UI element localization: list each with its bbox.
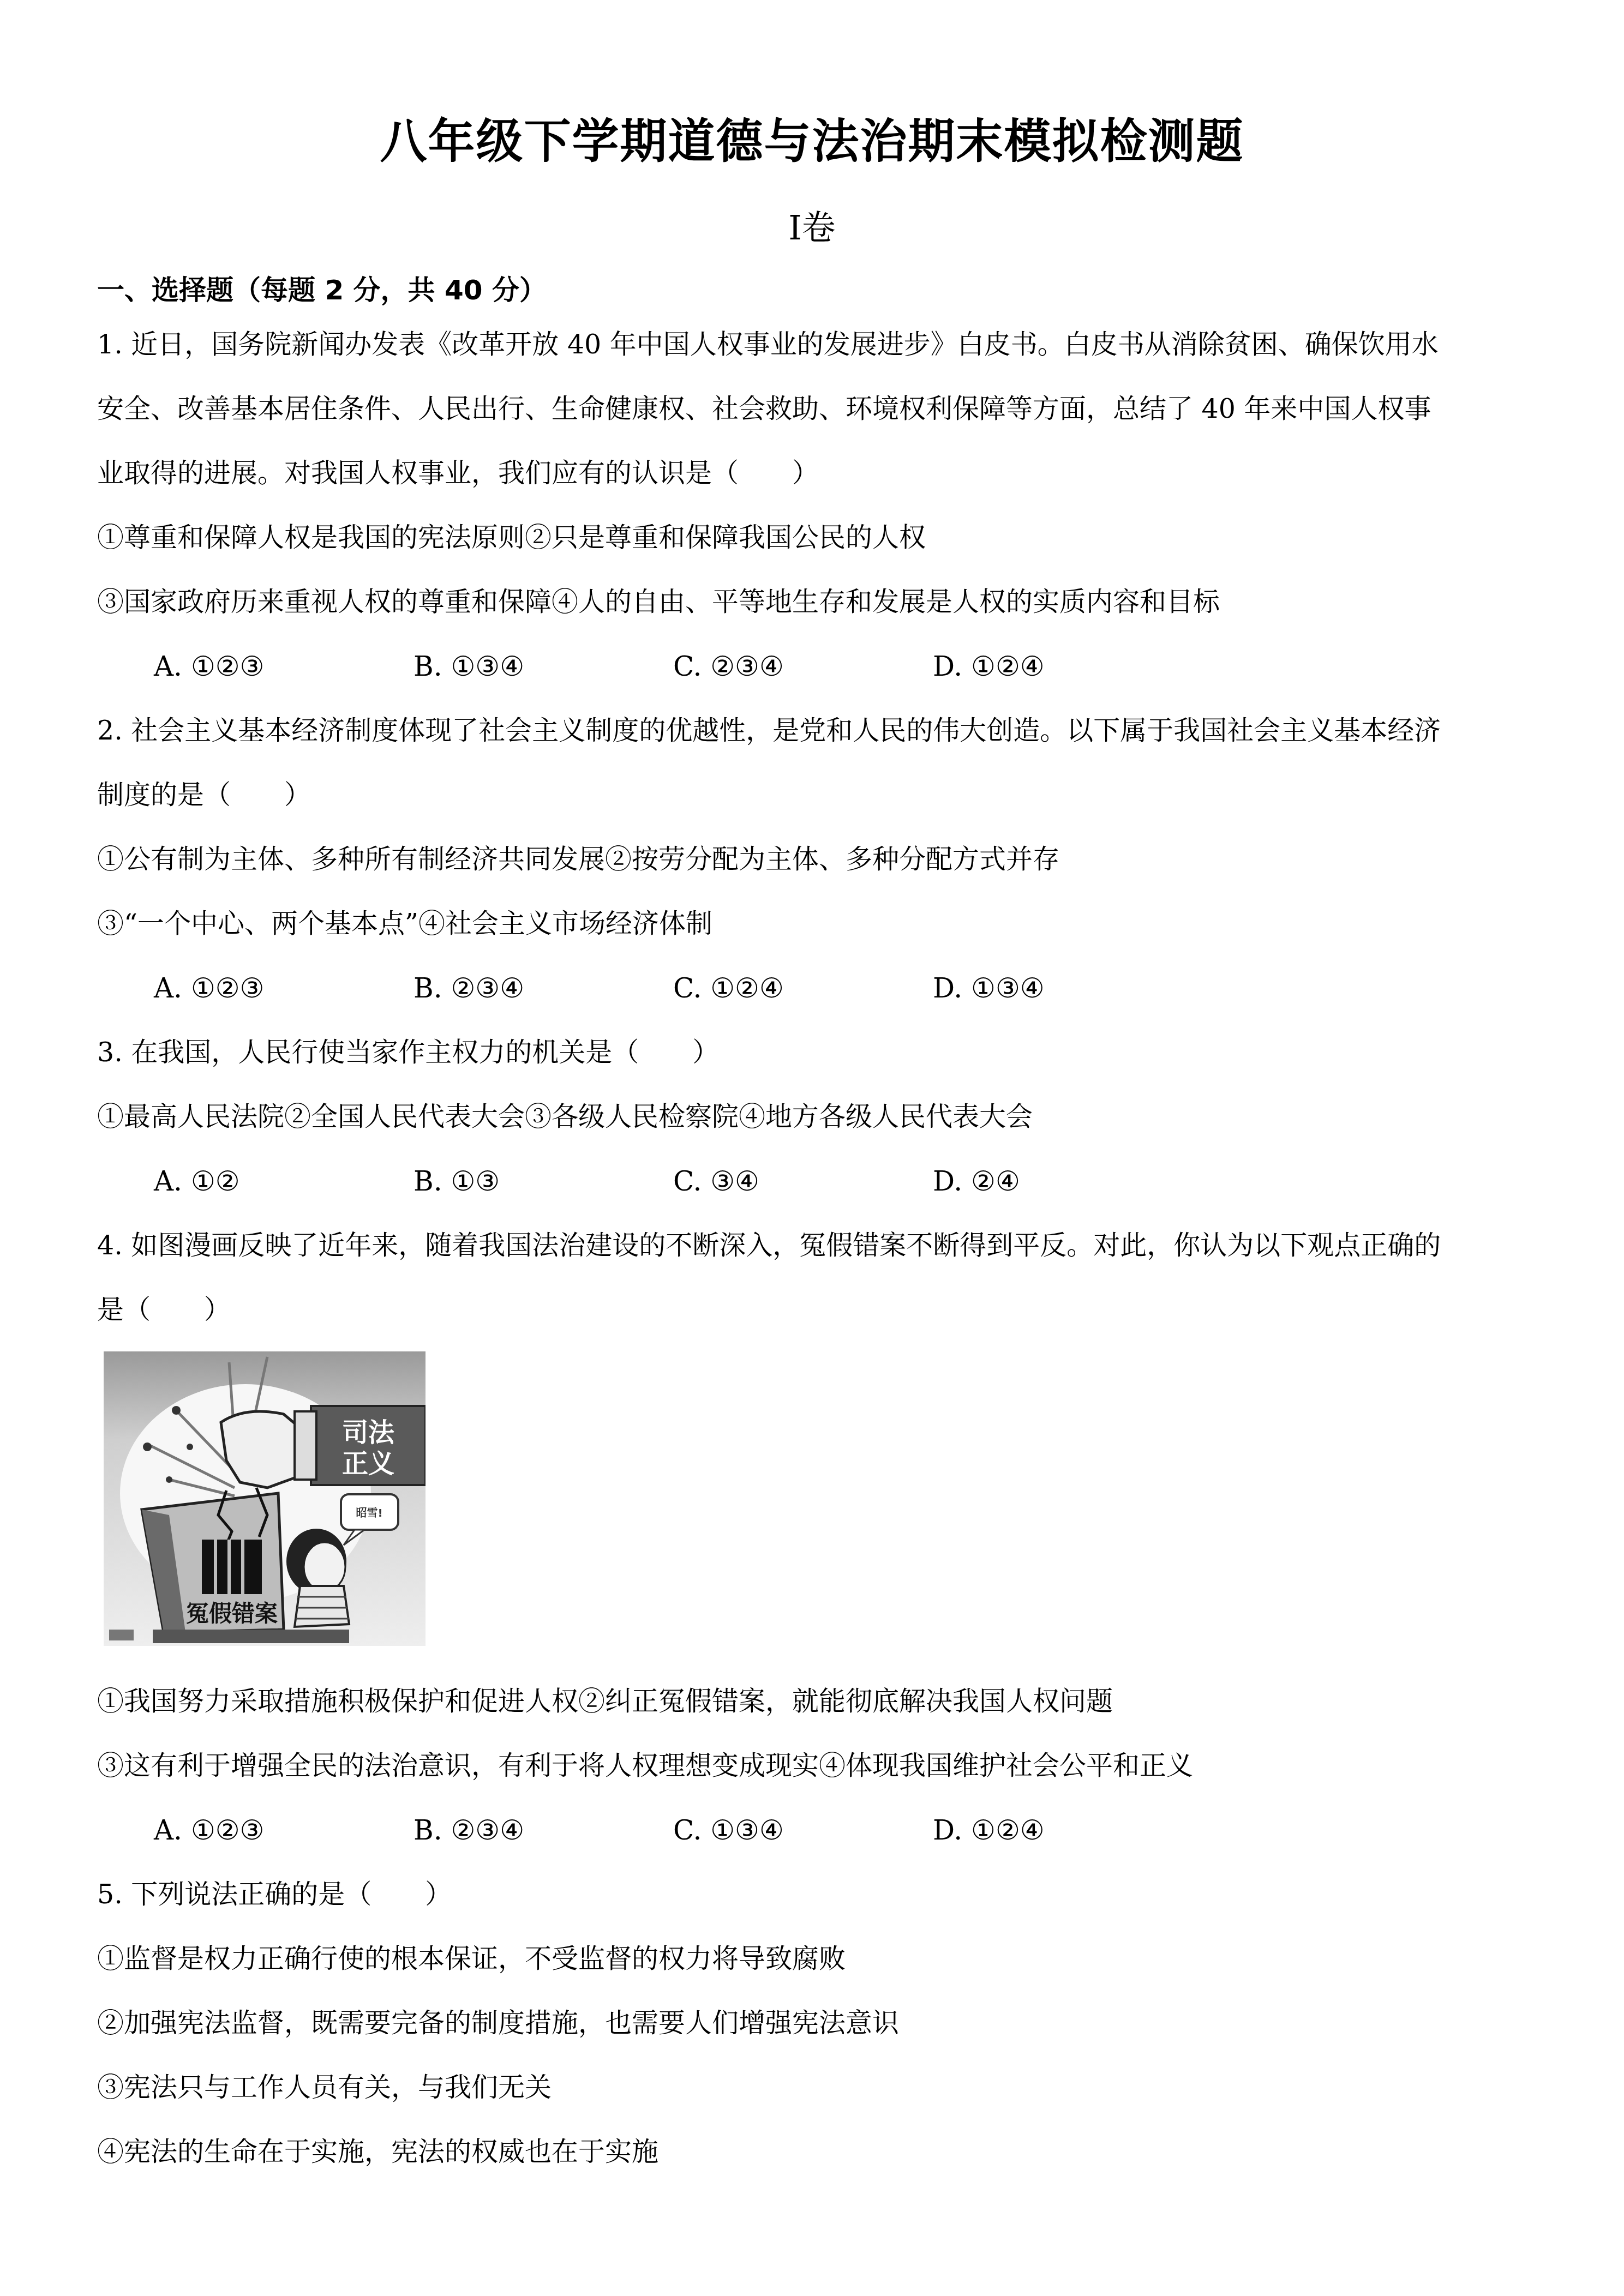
option-a[interactable]: A. ①②③	[154, 1811, 264, 1849]
question-stem-line: 4. 如图漫画反映了近年来，随着我国法治建设的不断深入，冤假错案不断得到平反。对…	[97, 1227, 1441, 1265]
statement-line: ③“一个中心、两个基本点”④社会主义市场经济体制	[97, 905, 712, 943]
statement-line: ③这有利于增强全民的法治意识，有利于将人权理想变成现实④体现我国维护社会公平和正…	[97, 1747, 1193, 1785]
option-b[interactable]: B. ①③	[414, 1162, 500, 1200]
statement-line: ③国家政府历来重视人权的尊重和保障④人的自由、平等地生存和发展是人权的实质内容和…	[97, 583, 1220, 621]
question-stem-line: 1. 近日，国务院新闻办发表《改革开放 40 年中国人权事业的发展进步》白皮书。…	[97, 326, 1439, 364]
speech-bubble-text: 昭雪!	[356, 1506, 382, 1519]
option-b[interactable]: B. ②③④	[414, 1811, 524, 1849]
exam-page: 八年级下学期道德与法治期末模拟检测题 Ⅰ卷 一、选择题（每题 2 分，共 40 …	[0, 0, 1624, 2296]
building-label: 冤假错案	[186, 1600, 278, 1627]
statement-line: ①我国努力采取措施积极保护和促进人权②纠正冤假错案，就能彻底解决我国人权问题	[97, 1682, 1113, 1721]
option-b[interactable]: B. ②③④	[414, 969, 524, 1007]
statement-line: ①公有制为主体、多种所有制经济共同发展②按劳分配为主体、多种分配方式并存	[97, 840, 1059, 879]
statement-line: ①监督是权力正确行使的根本保证，不受监督的权力将导致腐败	[97, 1940, 846, 1978]
volume-label: Ⅰ卷	[0, 206, 1624, 250]
cartoon-image: 司法 正义 昭雪! 冤假错案	[104, 1351, 426, 1646]
banner-text-2: 正义	[342, 1448, 394, 1479]
banner-text-1: 司法	[342, 1417, 395, 1448]
option-b[interactable]: B. ①③④	[414, 647, 524, 686]
statement-line: ③宪法只与工作人员有关，与我们无关	[97, 2069, 552, 2107]
question-stem-line: 制度的是（ ）	[97, 776, 311, 814]
option-a[interactable]: A. ①②	[154, 1162, 240, 1200]
cartoon-illustration: 司法 正义 昭雪! 冤假错案	[104, 1351, 426, 1646]
question-stem-line: 3. 在我国，人民行使当家作主权力的机关是（ ）	[97, 1033, 719, 1072]
question-stem-line: 业取得的进展。对我国人权事业，我们应有的认识是（ ）	[97, 454, 819, 492]
option-d[interactable]: D. ②④	[933, 1162, 1020, 1200]
statement-line: ①尊重和保障人权是我国的宪法原则②只是尊重和保障我国公民的人权	[97, 519, 926, 557]
question-stem-line: 安全、改善基本居住条件、人民出行、生命健康权、社会救助、环境权利保障等方面，总结…	[97, 390, 1431, 428]
section-heading: 一、选择题（每题 2 分，共 40 分）	[97, 271, 547, 309]
option-d[interactable]: D. ①③④	[933, 969, 1045, 1007]
statement-line: ④宪法的生命在于实施，宪法的权威也在于实施	[97, 2133, 658, 2171]
option-a[interactable]: A. ①②③	[154, 969, 264, 1007]
option-c[interactable]: C. ①③④	[673, 1811, 784, 1849]
option-c[interactable]: C. ②③④	[673, 647, 784, 686]
option-a[interactable]: A. ①②③	[154, 647, 264, 686]
option-c[interactable]: C. ①②④	[673, 969, 784, 1007]
question-stem-line: 是（ ）	[97, 1291, 231, 1329]
statement-line: ②加强宪法监督，既需要完备的制度措施，也需要人们增强宪法意识	[97, 2004, 899, 2042]
statement-line: ①最高人民法院②全国人民代表大会③各级人民检察院④地方各级人民代表大会	[97, 1098, 1033, 1136]
question-stem-line: 2. 社会主义基本经济制度体现了社会主义制度的优越性，是党和人民的伟大创造。以下…	[97, 712, 1441, 750]
document-title: 八年级下学期道德与法治期末模拟检测题	[0, 112, 1624, 172]
option-d[interactable]: D. ①②④	[933, 647, 1045, 686]
option-c[interactable]: C. ③④	[673, 1162, 759, 1200]
question-stem-line: 5. 下列说法正确的是（ ）	[97, 1876, 452, 1914]
option-d[interactable]: D. ①②④	[933, 1811, 1045, 1849]
